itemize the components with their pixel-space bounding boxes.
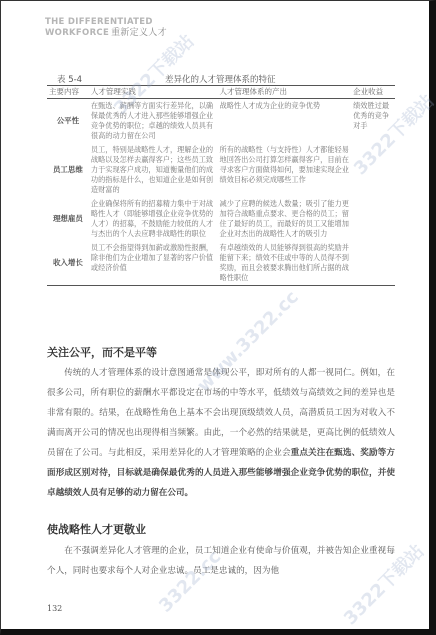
table-header-row: 主要内容 人才管理实践 人才管理体系的产出 企业收益 <box>47 86 395 99</box>
table-row: 公平性 在甄选、薪酬等方面实行差异化，以确保最优秀的人才进入那些能够增强企业竞争… <box>47 99 395 144</box>
column-header: 人才管理体系的产出 <box>218 86 352 99</box>
benefit-cell: 绩效胜过最优秀的竞争对手 <box>351 99 395 144</box>
header-chinese-title: 重新定义人才 <box>111 28 167 38</box>
table-row: 收入增长 员工不会指望得到加薪或激励性报酬，除非他们为企业增加了显著的客户价值或… <box>47 241 395 286</box>
header-english-line2: WORKFORCE <box>45 28 109 38</box>
page-number: 132 <box>47 604 62 613</box>
practice-cell: 企业确保将所有的招募精力集中于对战略性人才（即能够增强企业竞争优势的人才）的招募… <box>89 197 218 241</box>
paragraph-text: 传统的人才管理体系的设计意图通常是体现公平，即对所有的人都一视同仁。例如，在很多… <box>47 368 395 458</box>
column-header: 主要内容 <box>47 86 89 99</box>
output-cell: 有卓越绩效的人员能够得到很高的奖励并能留下来；绩效不佳或中等的人员得不到奖励，而… <box>218 241 352 286</box>
output-cell: 所有的战略性（与支持性）人才都能轻易地回答出公司打算怎样赢得客户，目前在寻求客户… <box>218 143 352 197</box>
column-header: 企业收益 <box>351 86 395 99</box>
practice-cell: 在甄选、薪酬等方面实行差异化，以确保最优秀的人才进入那些能够增强企业竞争优势的职… <box>89 99 218 144</box>
benefit-cell <box>351 197 395 241</box>
table-row: 员工思维 员工，特别是战略性人才，理解企业的战略以及怎样去赢得客户；这些员工致力… <box>47 143 395 197</box>
table-row: 理想雇员 企业确保将所有的招募精力集中于对战略性人才（即能够增强企业竞争优势的人… <box>47 197 395 241</box>
characteristics-table: 主要内容 人才管理实践 人才管理体系的产出 企业收益 公平性 在甄选、薪酬等方面… <box>47 85 395 286</box>
row-label: 收入增长 <box>47 241 89 286</box>
practice-cell: 员工，特别是战略性人才，理解企业的战略以及怎样去赢得客户；这些员工致力于实现客户… <box>89 143 218 197</box>
benefit-cell <box>351 143 395 197</box>
table-title: 差异化的人才管理体系的特征 <box>165 75 276 85</box>
row-label: 理想雇员 <box>47 197 89 241</box>
row-label: 员工思维 <box>47 143 89 197</box>
output-cell: 减少了应聘的候选人数量；吸引了能力更加符合战略重点要求、更合格的员工；留住了最好… <box>218 197 352 241</box>
section-heading-fairness: 关注公平，而不是平等 <box>47 344 157 360</box>
section-heading-engagement: 使战略性人才更敬业 <box>47 521 146 537</box>
benefit-cell <box>351 241 395 286</box>
table-caption: 表 5-4差异化的人才管理体系的特征 <box>57 73 387 85</box>
running-header: THE DIFFERENTIATED WORKFORCE重新定义人才 <box>45 17 167 39</box>
section-paragraph-engagement: 在不强调差异化人才管理的企业，员工知道企业有使命与价值观，并被告知企业重视每个人… <box>47 541 395 581</box>
practice-cell: 员工不会指望得到加薪或激励性报酬，除非他们为企业增加了显著的客户价值或经济价值 <box>89 241 218 286</box>
header-english-line1: THE DIFFERENTIATED <box>45 17 167 28</box>
output-cell: 战略性人才成为企业的竞争优势 <box>218 99 352 144</box>
table-number: 表 5-4 <box>57 73 165 85</box>
page-frame: THE DIFFERENTIATED WORKFORCE重新定义人才 表 5-4… <box>0 0 436 635</box>
section-paragraph-fairness: 传统的人才管理体系的设计意图通常是体现公平，即对所有的人都一视同仁。例如，在很多… <box>47 363 395 503</box>
column-header: 人才管理实践 <box>89 86 218 99</box>
row-label: 公平性 <box>47 99 89 144</box>
